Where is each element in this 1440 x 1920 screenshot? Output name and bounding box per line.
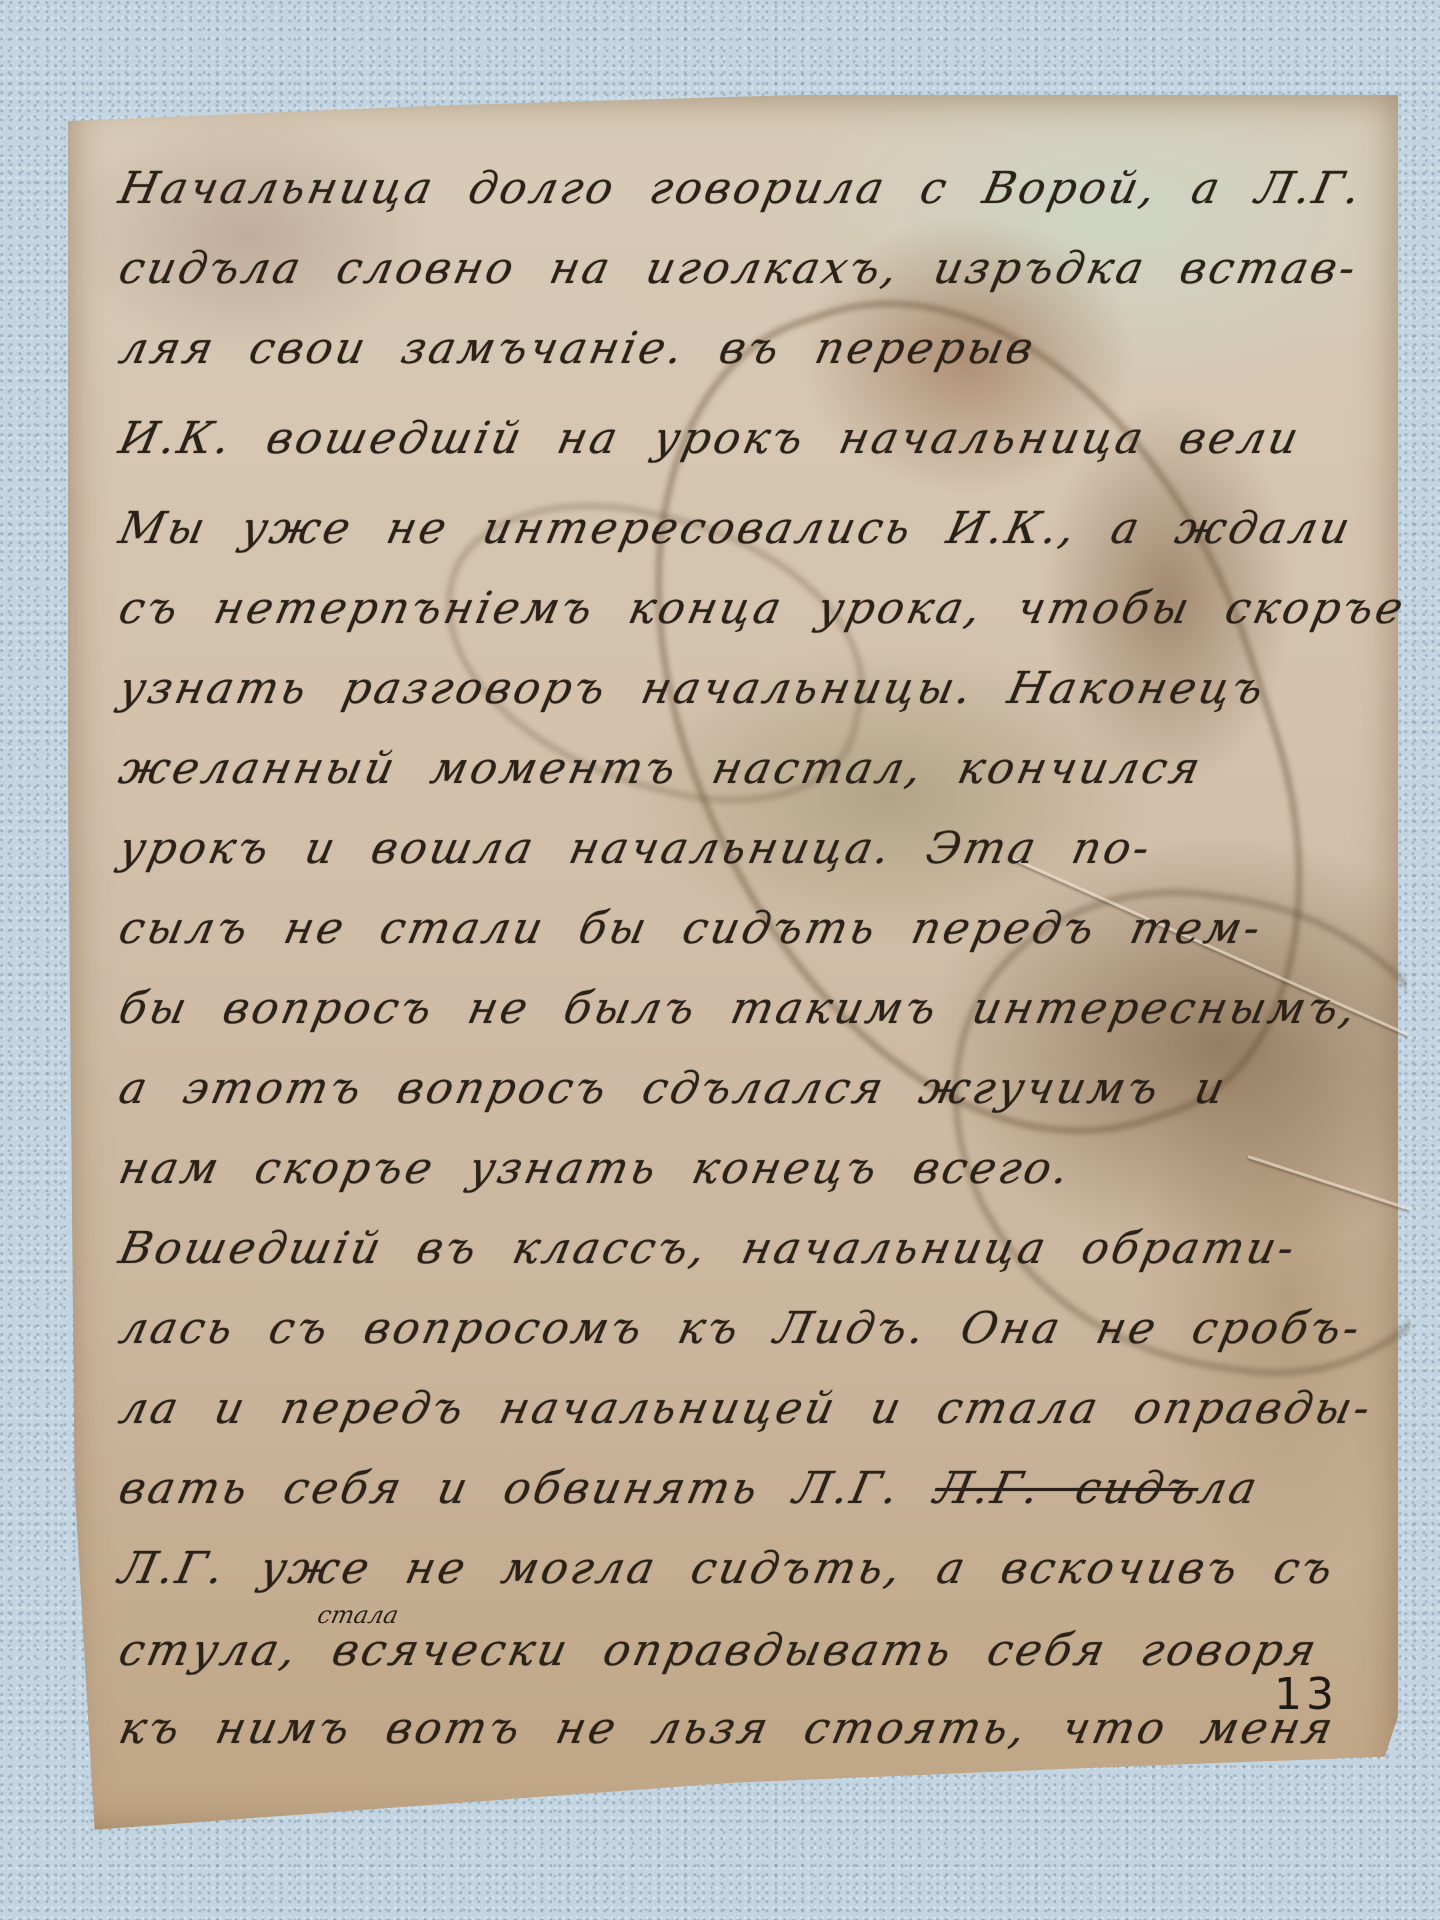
text-line-2: сидъла словно на иголкахъ, изръдка встав… bbox=[115, 243, 1363, 294]
text-line-19: стула, всячески оправдывать себя говоря bbox=[115, 1625, 1324, 1676]
text-line-9: урокъ и вошла начальница. Эта по- bbox=[115, 823, 1157, 874]
text-line-1: Начальница долго говорила с Ворой, а Л.Г… bbox=[115, 163, 1368, 214]
text-line-10: сылъ не стали бы сидъть передъ тем- bbox=[115, 903, 1268, 954]
page-number: 13 bbox=[1274, 1669, 1338, 1720]
text-line-15: лась съ вопросомъ къ Лидъ. Она не сробъ- bbox=[115, 1303, 1367, 1354]
text-line-20: къ нимъ вотъ не льзя стоять, что меня bbox=[115, 1703, 1341, 1754]
text-line-12: а этотъ вопросъ сдълался жгучимъ и bbox=[115, 1063, 1232, 1114]
text-line-16: ла и передъ начальницей и стала оправды- bbox=[115, 1383, 1378, 1434]
text-line-5: Мы уже не интересовались И.К., а ждали bbox=[115, 503, 1358, 554]
text-line-8: желанный моментъ настал, кончился bbox=[115, 743, 1208, 794]
text-line-6: съ нетерпънiемъ конца урока, чтобы скоръ… bbox=[115, 583, 1411, 634]
text-line-18: Л.Г. уже не могла сидъть, а вскочивъ съ bbox=[115, 1543, 1340, 1594]
text-line-14: Вошедшiй въ классъ, начальница обрати- bbox=[115, 1223, 1302, 1274]
text-line-17: вать себя и обвинять Л.Г. Л.Г. сидъла bbox=[115, 1463, 1264, 1514]
struck-out-text: Л.Г. сидъ bbox=[930, 1463, 1204, 1514]
text-line-4: И.К. вошедшiй на урокъ начальница вели bbox=[115, 413, 1306, 464]
text-line-13: нам скоръе узнать конецъ всего. bbox=[115, 1143, 1077, 1194]
text-line-7: узнать разговоръ начальницы. Наконецъ bbox=[115, 663, 1271, 714]
text-line-3: ляя свои замъчанiе. въ перерыв bbox=[115, 323, 1041, 374]
text-line-11: бы вопросъ не былъ такимъ интереснымъ, bbox=[115, 983, 1363, 1034]
manuscript-page: Начальница долго говорила с Ворой, а Л.Г… bbox=[68, 95, 1398, 1835]
handwritten-text-block: Начальница долго говорила с Ворой, а Л.Г… bbox=[68, 95, 1398, 1835]
